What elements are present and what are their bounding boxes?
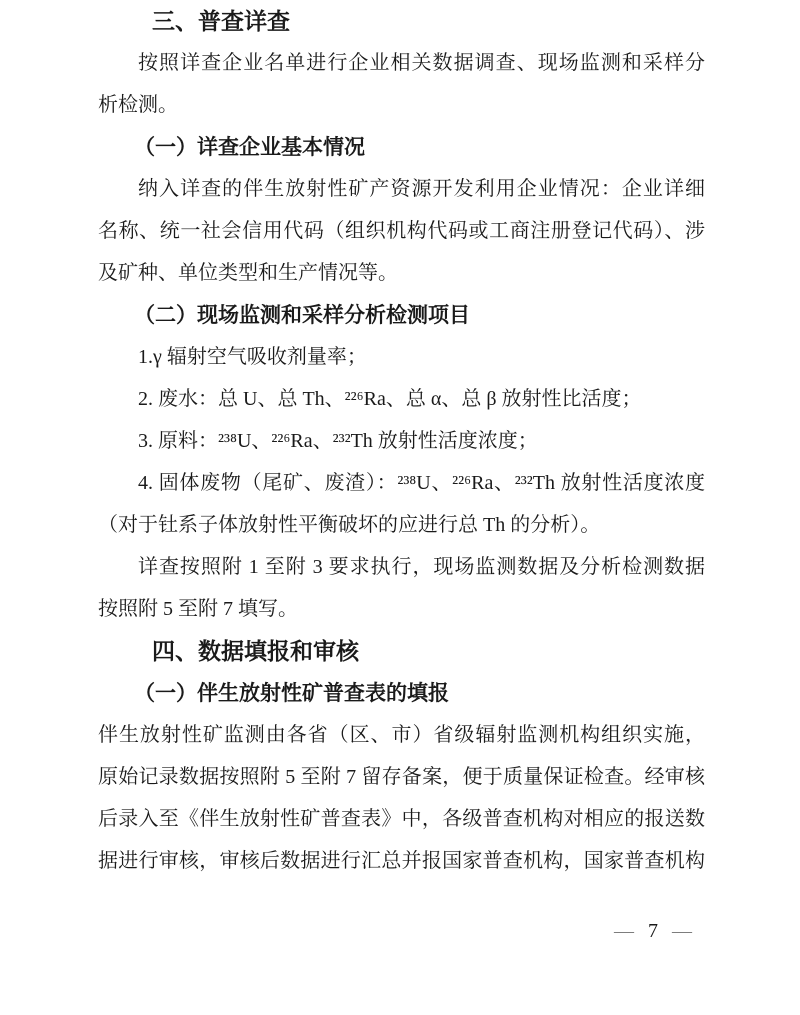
paragraph-line: 据进行审核，审核后数据进行汇总并报国家普查机构，国家普查机构: [98, 840, 705, 882]
heading-section-4: 四、数据填报和审核: [98, 630, 705, 672]
heading-section-3: 三、普查详查: [98, 0, 705, 42]
list-item-4: 4. 固体废物（尾矿、废渣）：²³⁸U、²²⁶Ra、²³²Th 放射性活度浓度: [98, 462, 705, 504]
heading-section-4-1: （一）伴生放射性矿普查表的填报: [98, 672, 705, 714]
page-number-dash-left: —: [614, 920, 634, 942]
document-body: 三、普查详查 按照详查企业名单进行企业相关数据调查、现场监测和采样分 析检测。 …: [98, 0, 705, 882]
paragraph-line: 按照附 5 至附 7 填写。: [98, 588, 705, 630]
paragraph-line: （对于钍系子体放射性平衡破坏的应进行总 Th 的分析）。: [98, 504, 705, 546]
paragraph-line: 及矿种、单位类型和生产情况等。: [98, 252, 705, 294]
page-number: 7: [648, 920, 658, 942]
paragraph-line: 纳入详查的伴生放射性矿产资源开发利用企业情况：企业详细: [98, 168, 705, 210]
heading-section-3-2: （二）现场监测和采样分析检测项目: [98, 294, 705, 336]
page-footer: —7—: [614, 910, 692, 952]
paragraph-line: 析检测。: [98, 84, 705, 126]
paragraph-line: 后录入至《伴生放射性矿普查表》中，各级普查机构对相应的报送数: [98, 798, 705, 840]
paragraph-line: 详查按照附 1 至附 3 要求执行，现场监测数据及分析检测数据: [98, 546, 705, 588]
list-item-3: 3. 原料：²³⁸U、²²⁶Ra、²³²Th 放射性活度浓度；: [98, 420, 705, 462]
page-number-dash-right: —: [672, 920, 692, 942]
document-page: 三、普查详查 按照详查企业名单进行企业相关数据调查、现场监测和采样分 析检测。 …: [0, 0, 800, 1015]
list-item-2: 2. 废水：总 U、总 Th、²²⁶Ra、总 α、总 β 放射性比活度；: [98, 378, 705, 420]
paragraph-line: 按照详查企业名单进行企业相关数据调查、现场监测和采样分: [98, 42, 705, 84]
list-item-1: 1.γ 辐射空气吸收剂量率；: [98, 336, 705, 378]
paragraph-line: 名称、统一社会信用代码（组织机构代码或工商注册登记代码）、涉: [98, 210, 705, 252]
paragraph-line: 伴生放射性矿监测由各省（区、市）省级辐射监测机构组织实施，: [98, 714, 705, 756]
paragraph-line: 原始记录数据按照附 5 至附 7 留存备案，便于质量保证检查。经审核: [98, 756, 705, 798]
heading-section-3-1: （一）详查企业基本情况: [98, 126, 705, 168]
